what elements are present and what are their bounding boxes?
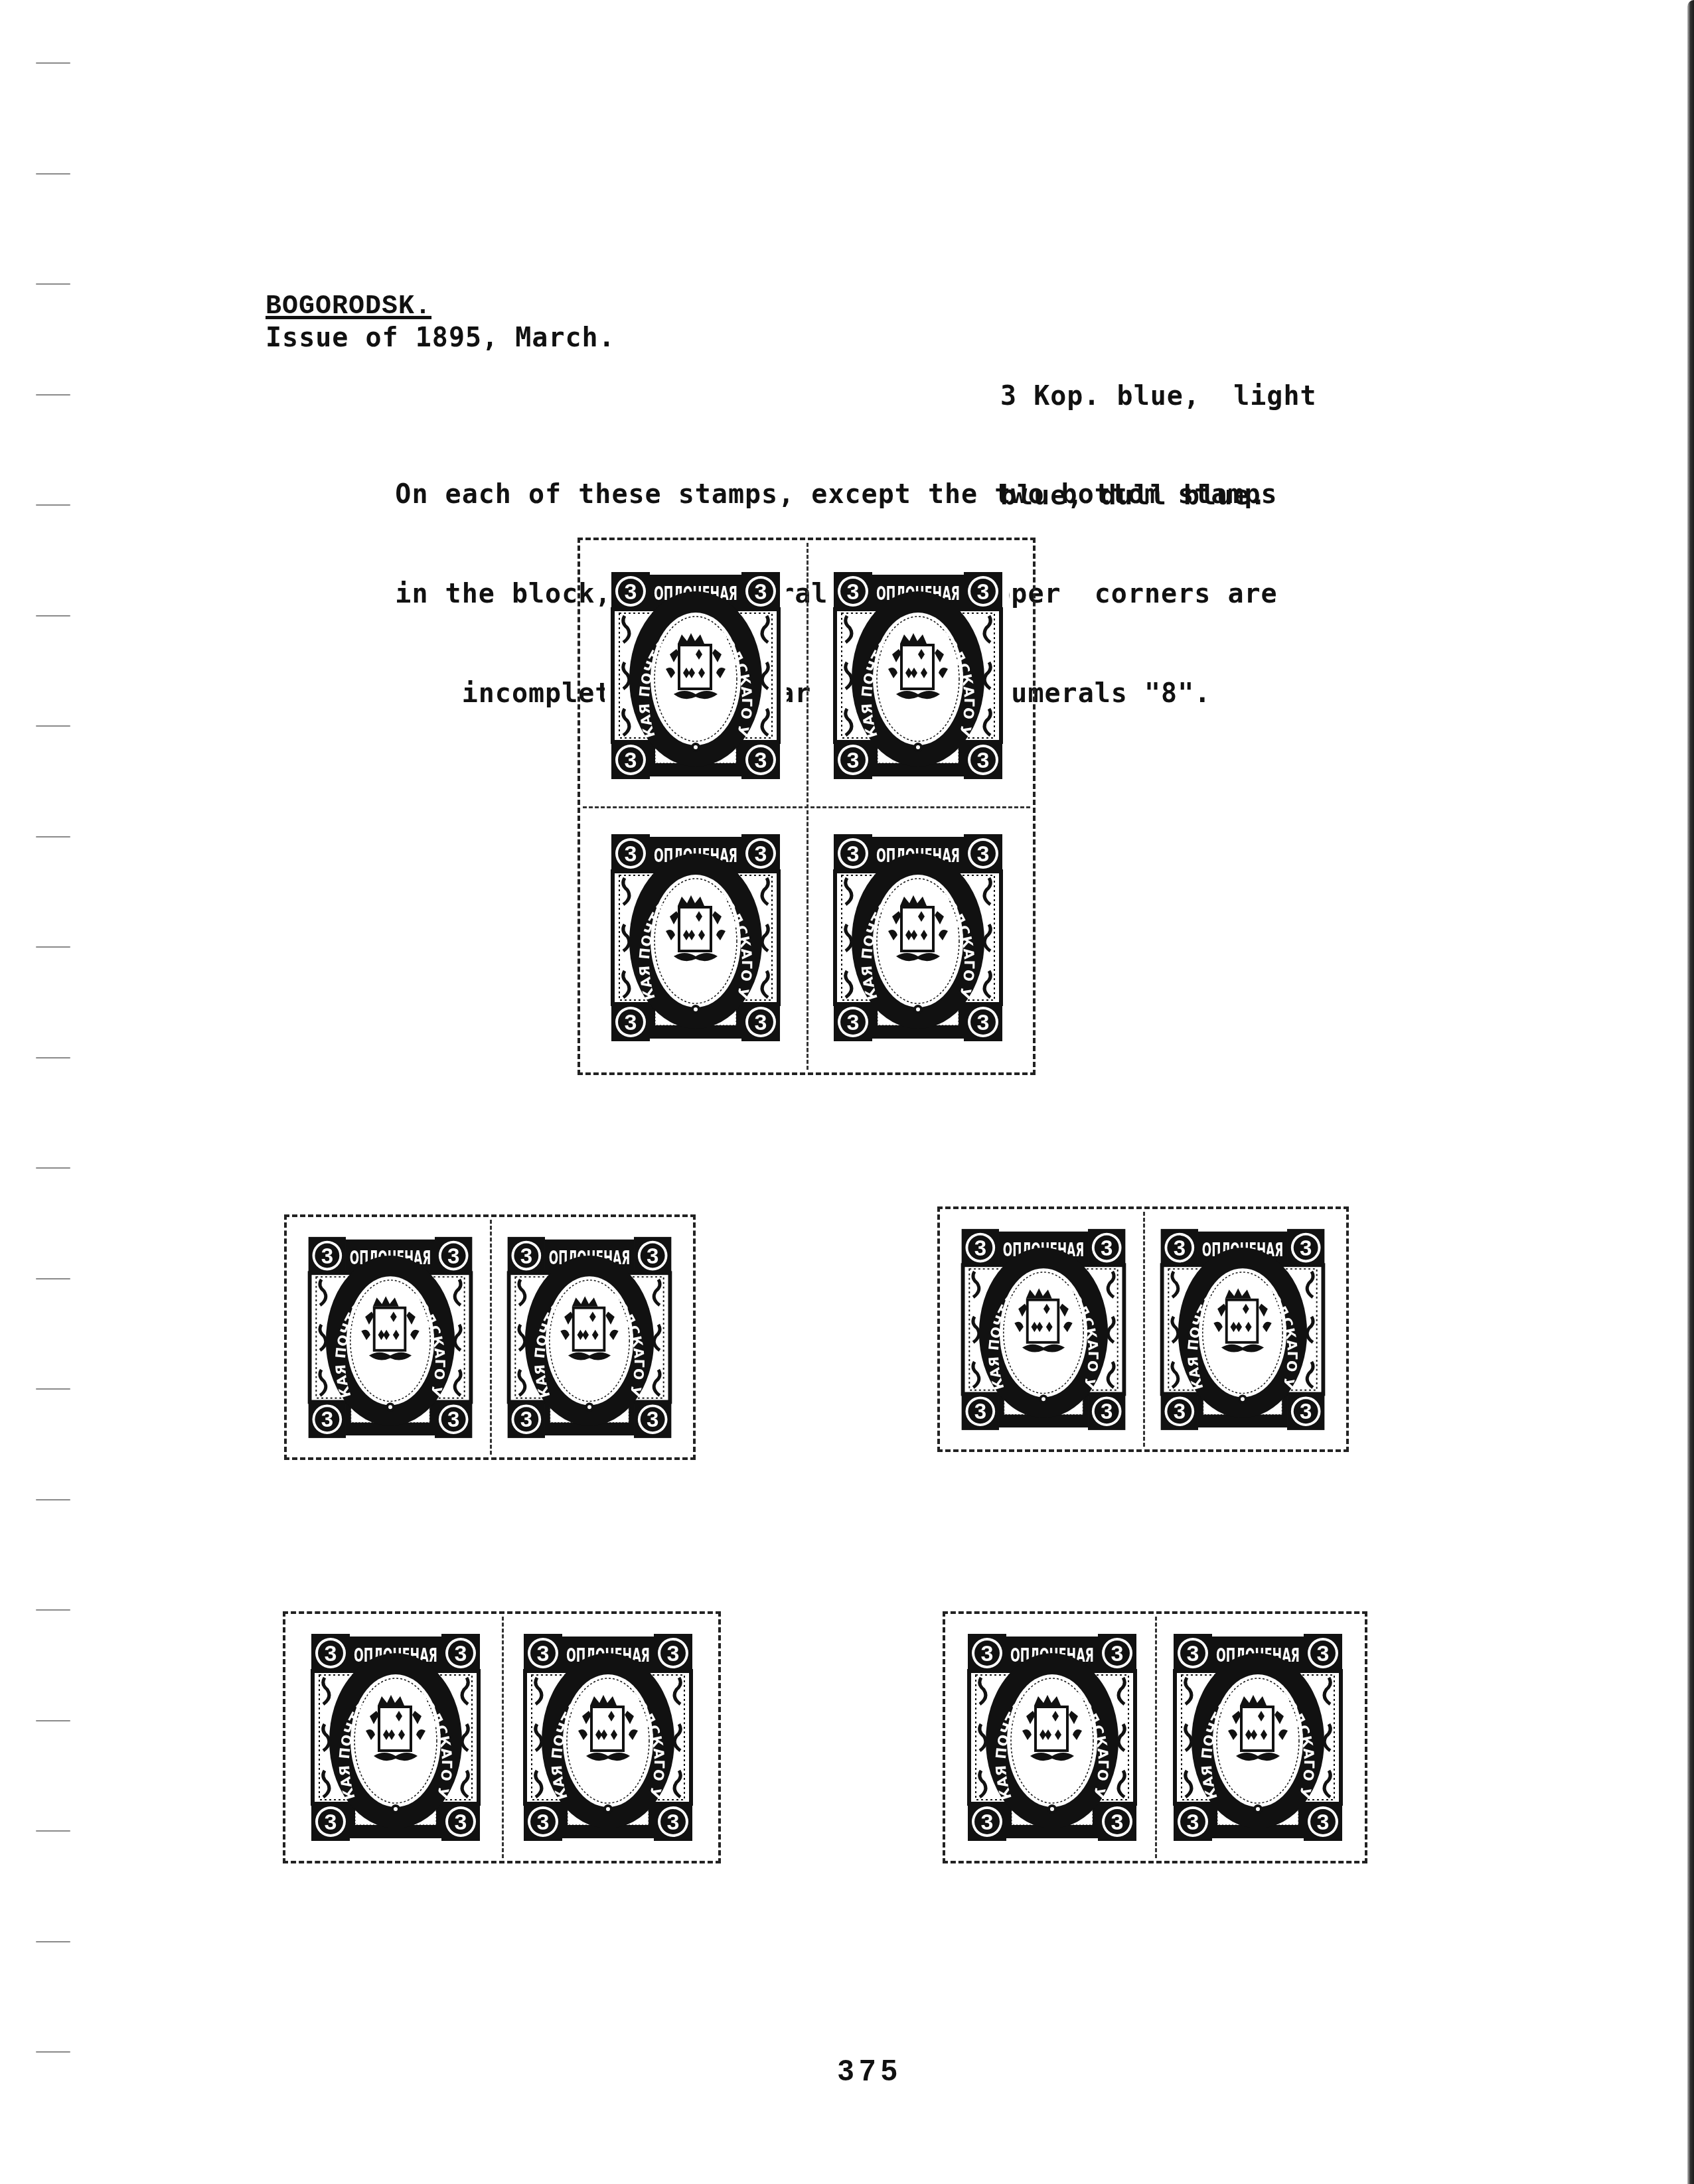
svg-text:3: 3 bbox=[455, 1810, 467, 1835]
stamp: ОПЛОЧЕНАЯ ЗЕМСКАЯ ПОЧТА БОГОРОДСКАГО УѢЗ… bbox=[500, 1234, 679, 1441]
svg-text:3: 3 bbox=[981, 1810, 994, 1835]
stamp-pair-middle-right: ОПЛОЧЕНАЯ ЗЕМСКАЯ ПОЧТА БОГОРОДСКАГО УѢЗ… bbox=[937, 1206, 1349, 1452]
svg-text:3: 3 bbox=[1174, 1399, 1186, 1423]
issue-line: Issue of 1895, March. bbox=[266, 323, 615, 353]
ruler-tick bbox=[36, 615, 70, 617]
perforation-divider bbox=[490, 1220, 492, 1455]
ruler-tick bbox=[36, 62, 70, 64]
svg-text:3: 3 bbox=[647, 1407, 658, 1431]
svg-text:3: 3 bbox=[325, 1810, 337, 1835]
margin-ruler bbox=[33, 0, 73, 2184]
svg-text:3: 3 bbox=[455, 1641, 467, 1666]
ruler-tick bbox=[36, 1499, 70, 1500]
svg-text:3: 3 bbox=[537, 1641, 550, 1666]
svg-text:3: 3 bbox=[976, 1010, 989, 1035]
ruler-tick bbox=[36, 1388, 70, 1390]
ruler-tick bbox=[36, 1278, 70, 1279]
svg-text:3: 3 bbox=[974, 1399, 986, 1423]
denomination-line: 3 Kop. blue, light bbox=[1000, 380, 1317, 413]
svg-text:3: 3 bbox=[1300, 1399, 1312, 1423]
perforation-divider bbox=[583, 806, 1030, 808]
svg-text:3: 3 bbox=[974, 1235, 986, 1260]
svg-text:3: 3 bbox=[1101, 1235, 1113, 1260]
stamp: ОПЛОЧЕНАЯ ЗЕМСКАЯ ПОЧТА БОГОРОДСКАГО УѢЗ… bbox=[303, 1631, 488, 1844]
stamp: ОПЛОЧЕНАЯ ЗЕМСКАЯ ПОЧТА БОГОРОДСКАГО УѢЗ… bbox=[1166, 1631, 1350, 1844]
stamp-pair-bottom-left: ОПЛОЧЕНАЯ ЗЕМСКАЯ ПОЧТА БОГОРОДСКАГО УѢЗ… bbox=[283, 1611, 721, 1863]
stamp: ОПЛОЧЕНАЯ ЗЕМСКАЯ ПОЧТА БОГОРОДСКАГО УѢЗ… bbox=[603, 569, 788, 782]
stamp: ОПЛОЧЕНАЯ ЗЕМСКАЯ ПОЧТА БОГОРОДСКАГО УѢЗ… bbox=[516, 1631, 700, 1844]
svg-text:3: 3 bbox=[981, 1641, 994, 1666]
svg-text:3: 3 bbox=[624, 841, 637, 867]
binder-edge bbox=[1687, 0, 1694, 2184]
stamp-pair-middle-left: ОПЛОЧЕНАЯ ЗЕМСКАЯ ПОЧТА БОГОРОДСКАГО УѢЗ… bbox=[284, 1214, 696, 1460]
page-number: 375 bbox=[838, 2055, 902, 2088]
ruler-tick bbox=[36, 2051, 70, 2053]
perforation-divider bbox=[502, 1617, 504, 1858]
page-heading: BOGORODSK. bbox=[266, 292, 431, 322]
ruler-tick bbox=[36, 504, 70, 506]
svg-text:3: 3 bbox=[846, 579, 859, 605]
svg-text:3: 3 bbox=[1317, 1641, 1330, 1666]
svg-text:3: 3 bbox=[1187, 1641, 1199, 1666]
svg-text:3: 3 bbox=[325, 1641, 337, 1666]
svg-text:3: 3 bbox=[520, 1407, 532, 1431]
svg-text:3: 3 bbox=[624, 579, 637, 605]
svg-text:3: 3 bbox=[1111, 1641, 1124, 1666]
svg-text:3: 3 bbox=[976, 748, 989, 773]
svg-text:3: 3 bbox=[846, 748, 859, 773]
svg-text:3: 3 bbox=[846, 841, 859, 867]
stamp: ОПЛОЧЕНАЯ ЗЕМСКАЯ ПОЧТА БОГОРОДСКАГО УѢЗ… bbox=[960, 1631, 1144, 1844]
ruler-tick bbox=[36, 1720, 70, 1721]
stamp: ОПЛОЧЕНАЯ ЗЕМСКАЯ ПОЧТА БОГОРОДСКАГО УѢЗ… bbox=[826, 569, 1010, 782]
stamp: ОПЛОЧЕНАЯ ЗЕМСКАЯ ПОЧТА БОГОРОДСКАГО УѢЗ… bbox=[826, 832, 1010, 1044]
stamp: ОПЛОЧЕНАЯ ЗЕМСКАЯ ПОЧТА БОГОРОДСКАГО УѢЗ… bbox=[603, 832, 788, 1044]
svg-text:3: 3 bbox=[647, 1243, 658, 1268]
svg-text:3: 3 bbox=[1317, 1810, 1330, 1835]
stamp: ОПЛОЧЕНАЯ ЗЕМСКАЯ ПОЧТА БОГОРОДСКАГО УѢЗ… bbox=[954, 1226, 1133, 1433]
svg-text:3: 3 bbox=[846, 1010, 859, 1035]
svg-text:3: 3 bbox=[1111, 1810, 1124, 1835]
svg-text:3: 3 bbox=[754, 1010, 767, 1035]
svg-text:3: 3 bbox=[447, 1407, 459, 1431]
stamp-block-of-four: ОПЛОЧЕНАЯ ЗЕМСКАЯ ПОЧТА БОГОРОДСКАГО УѢЗ… bbox=[577, 538, 1036, 1075]
ruler-tick bbox=[36, 1167, 70, 1169]
svg-text:3: 3 bbox=[1101, 1399, 1113, 1423]
ruler-tick bbox=[36, 946, 70, 948]
svg-text:3: 3 bbox=[1187, 1810, 1199, 1835]
note-line: On each of these stamps, except the two … bbox=[319, 478, 1354, 511]
ruler-tick bbox=[36, 173, 70, 175]
ruler-tick bbox=[36, 1057, 70, 1058]
svg-text:3: 3 bbox=[537, 1810, 550, 1835]
svg-text:3: 3 bbox=[976, 841, 989, 867]
svg-text:3: 3 bbox=[1300, 1235, 1312, 1260]
svg-text:3: 3 bbox=[321, 1243, 333, 1268]
ruler-tick bbox=[36, 1941, 70, 1942]
perforation-divider bbox=[1143, 1212, 1145, 1447]
svg-text:3: 3 bbox=[624, 748, 637, 773]
ruler-tick bbox=[36, 1830, 70, 1832]
svg-text:3: 3 bbox=[754, 748, 767, 773]
ruler-tick bbox=[36, 836, 70, 837]
svg-text:3: 3 bbox=[754, 579, 767, 605]
ruler-tick bbox=[36, 283, 70, 285]
svg-text:3: 3 bbox=[447, 1243, 459, 1268]
perforation-divider bbox=[1155, 1617, 1157, 1858]
ruler-tick bbox=[36, 1609, 70, 1611]
svg-text:3: 3 bbox=[321, 1407, 333, 1431]
stamp-pair-bottom-right: ОПЛОЧЕНАЯ ЗЕМСКАЯ ПОЧТА БОГОРОДСКАГО УѢЗ… bbox=[943, 1611, 1367, 1863]
svg-text:3: 3 bbox=[667, 1641, 680, 1666]
stamp: ОПЛОЧЕНАЯ ЗЕМСКАЯ ПОЧТА БОГОРОДСКАГО УѢЗ… bbox=[1153, 1226, 1332, 1433]
svg-text:3: 3 bbox=[976, 579, 989, 605]
svg-text:3: 3 bbox=[667, 1810, 680, 1835]
svg-text:3: 3 bbox=[520, 1243, 532, 1268]
ruler-tick bbox=[36, 394, 70, 396]
stamp: ОПЛОЧЕНАЯ ЗЕМСКАЯ ПОЧТА БОГОРОДСКАГО УѢЗ… bbox=[301, 1234, 480, 1441]
svg-text:3: 3 bbox=[624, 1010, 637, 1035]
ruler-tick bbox=[36, 725, 70, 727]
svg-text:3: 3 bbox=[1174, 1235, 1186, 1260]
svg-text:3: 3 bbox=[754, 841, 767, 867]
